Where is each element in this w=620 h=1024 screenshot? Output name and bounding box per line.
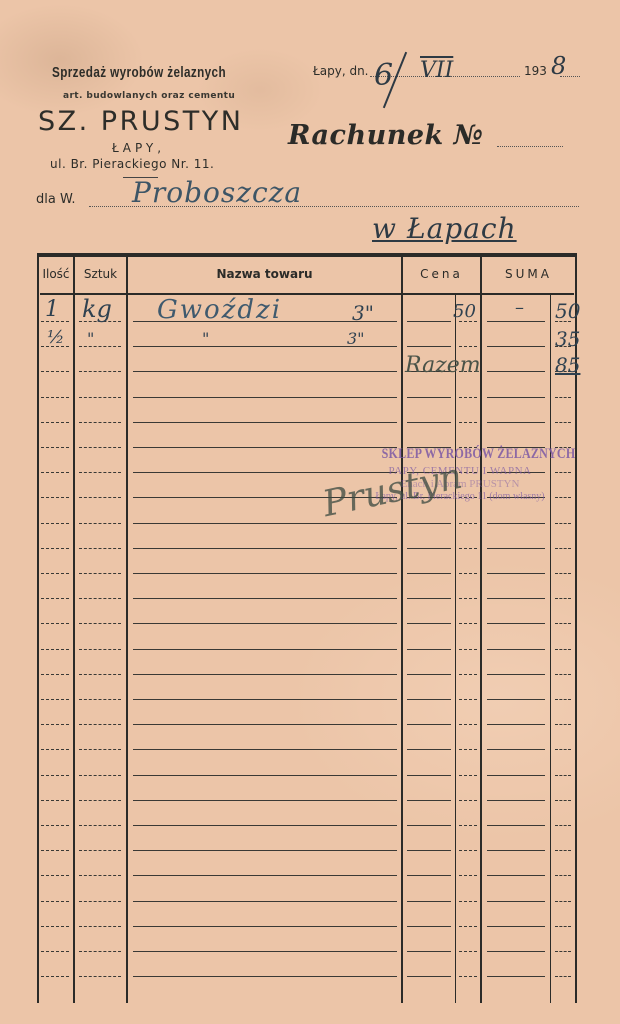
row-rule [79,976,121,977]
row-rule [79,951,121,952]
row1-suma-zl: – [515,297,524,318]
row-rule [407,422,451,423]
row-rule [41,800,69,801]
row-rule [407,926,451,927]
row1-nazwa: Gwoździ [157,295,282,325]
row-rule [133,623,397,624]
row-rule [133,800,397,801]
row-rule [487,976,545,977]
row-rule [133,724,397,725]
row-rule [555,397,571,398]
row-rule [459,875,477,876]
row-rule [133,976,397,977]
row2-nazwa-size: 3" [347,329,365,348]
col-subdivider [455,295,456,1003]
col-subdivider [550,295,551,1003]
row-rule [459,422,477,423]
row-rule [41,901,69,902]
row-rule [555,548,571,549]
row-rule [79,346,121,347]
row-rule [79,649,121,650]
row-rule [487,623,545,624]
row-rule [407,623,451,624]
row-rule [41,447,69,448]
row-rule [41,699,69,700]
row-rule [133,598,397,599]
row-rule [407,674,451,675]
recipient-location: w Łapach [372,212,517,245]
row-rule [487,674,545,675]
row-rule [487,649,545,650]
row-rule [407,901,451,902]
column-header-nazwa: Nazwa towaru [128,267,401,281]
row-rule [459,674,477,675]
row-rule [407,699,451,700]
row2-sztuk: " [87,329,94,348]
row-rule [459,749,477,750]
row-rule [41,724,69,725]
row-rule [555,598,571,599]
row-rule [487,951,545,952]
row-rule [41,749,69,750]
row-rule [407,875,451,876]
row-rule [407,523,451,524]
row-rule [41,523,69,524]
date-month: VII [420,58,453,83]
row1-ilosc: 1 [45,297,59,322]
col-divider [126,257,128,1003]
row-rule [407,850,451,851]
row-rule [407,951,451,952]
row-rule [459,397,477,398]
row-rule [487,850,545,851]
row-rule [459,346,477,347]
row-rule [79,397,121,398]
row-rule [487,901,545,902]
row-rule [555,951,571,952]
row-rule [79,472,121,473]
row-rule [79,926,121,927]
col-divider [401,257,403,1003]
row-rule [79,447,121,448]
column-header-ilosc: Ilość [39,267,73,281]
row-rule [133,548,397,549]
row-rule [79,497,121,498]
row-rule [487,422,545,423]
row1-sztuk: kg [82,295,112,323]
row-rule [487,346,545,347]
row-rule [555,573,571,574]
row-rule [79,699,121,700]
row-rule [407,825,451,826]
row-rule [459,800,477,801]
row-rule [41,875,69,876]
row-rule [459,598,477,599]
row-rule [459,623,477,624]
row-rule [133,371,397,372]
total-label: Razem [405,353,481,378]
row-rule [487,749,545,750]
row-rule [459,649,477,650]
row-rule [407,598,451,599]
row-rule [41,598,69,599]
row-rule [407,397,451,398]
invoice-number-field [497,146,563,147]
row-rule [407,321,451,322]
row-rule [133,397,397,398]
row-rule [555,800,571,801]
row-rule [41,397,69,398]
row-rule [555,674,571,675]
row-rule [487,800,545,801]
column-header-suma: SUMA [482,267,575,281]
row-rule [487,321,545,322]
row-rule [133,674,397,675]
row-rule [459,901,477,902]
row-rule [407,724,451,725]
row-rule [555,699,571,700]
row-rule [487,926,545,927]
row-rule [487,699,545,700]
letterhead-line1: Sprzedaż wyrobów żelaznych [52,64,226,81]
row-rule [459,951,477,952]
row2-suma-gr: 35 [555,327,580,351]
row-rule [41,775,69,776]
row-rule [133,447,397,448]
invoice-title: Rachunek № [288,120,484,151]
row-rule [407,976,451,977]
row-rule [459,850,477,851]
row-rule [555,850,571,851]
row-rule [555,875,571,876]
date-label: Łapy, dn. [313,64,368,78]
merchant-address: ul. Br. Pierackiego Nr. 11. [50,157,214,171]
row-rule [487,573,545,574]
row-rule [41,674,69,675]
row-rule [133,749,397,750]
row-rule [133,850,397,851]
total-amount: 85 [555,353,580,377]
row1-nazwa-size: 3" [352,301,374,325]
row-rule [133,775,397,776]
row-rule [133,422,397,423]
merchant-name: SZ. PRUSTYN [38,106,243,137]
row-rule [459,775,477,776]
row-rule [41,623,69,624]
row-rule [79,800,121,801]
row-rule [459,926,477,927]
row-rule [407,346,451,347]
row-rule [79,875,121,876]
row-rule [459,523,477,524]
row-rule [41,548,69,549]
row2-nazwa: " [202,329,209,348]
row-rule [79,775,121,776]
row-rule [487,548,545,549]
row-rule [133,926,397,927]
column-header-cena: Cena [403,267,480,281]
row-rule [487,397,545,398]
row-rule [555,523,571,524]
items-table: Ilość Sztuk Nazwa towaru Cena SUMA 1 kg … [37,257,577,1003]
row-rule [133,573,397,574]
row-rule [487,775,545,776]
row-rule [133,699,397,700]
row-rule [555,724,571,725]
stamp-line1: SKLEP WYROBÓW ŻELAZNYCH [382,446,539,463]
row-rule [133,825,397,826]
date-year-digit: 8 [551,52,566,80]
row2-ilosc: ½ [47,327,64,348]
row-rule [459,825,477,826]
row-rule [407,749,451,750]
row-rule [555,649,571,650]
row-rule [41,371,69,372]
row-rule [79,850,121,851]
row-rule [555,926,571,927]
row-rule [555,901,571,902]
row-rule [41,497,69,498]
row-rule [133,875,397,876]
row-rule [555,422,571,423]
row-rule [41,472,69,473]
row-rule [459,548,477,549]
row-rule [41,573,69,574]
row-rule [79,548,121,549]
row-rule [79,674,121,675]
row-rule [41,422,69,423]
row-rule [555,749,571,750]
row-rule [133,649,397,650]
row-rule [79,422,121,423]
row-rule [133,523,397,524]
row-rule [79,901,121,902]
row-rule [79,749,121,750]
row-rule [459,699,477,700]
recipient-name: Proboszcza [132,176,302,209]
row-rule [555,775,571,776]
row-rule [459,976,477,977]
recipient-label: dla W. [36,192,75,207]
row-rule [133,901,397,902]
row-rule [407,649,451,650]
row-rule [133,472,397,473]
row-rule [407,573,451,574]
row-rule [555,623,571,624]
row-rule [459,573,477,574]
letterhead-line2: art. budowlanych oraz cementu [63,91,235,101]
row-rule [487,598,545,599]
row-rule [79,623,121,624]
row-rule [459,724,477,725]
row-rule [487,371,545,372]
row-rule [79,598,121,599]
header-divider [40,293,574,295]
row-rule [555,976,571,977]
row-rule [79,825,121,826]
row-rule [41,976,69,977]
row-rule [41,951,69,952]
row-rule [487,724,545,725]
row-rule [407,548,451,549]
row-rule [41,825,69,826]
row-rule [487,825,545,826]
row-rule [79,724,121,725]
col-divider [73,257,75,1003]
row1-suma-gr: 50 [555,299,580,323]
row-rule [79,523,121,524]
row1-cena-gr: 50 [453,301,476,322]
row-rule [41,649,69,650]
row-rule [487,523,545,524]
row-rule [487,875,545,876]
row-rule [79,573,121,574]
row-rule [41,926,69,927]
merchant-city: ŁAPY, [112,141,165,155]
row-rule [407,800,451,801]
row-rule [41,850,69,851]
row-rule [133,951,397,952]
row-rule [79,371,121,372]
date-year-prefix: 193 [524,64,547,78]
column-header-sztuk: Sztuk [75,267,126,281]
row-rule [555,825,571,826]
row-rule [407,775,451,776]
table-border-left [37,257,39,1003]
